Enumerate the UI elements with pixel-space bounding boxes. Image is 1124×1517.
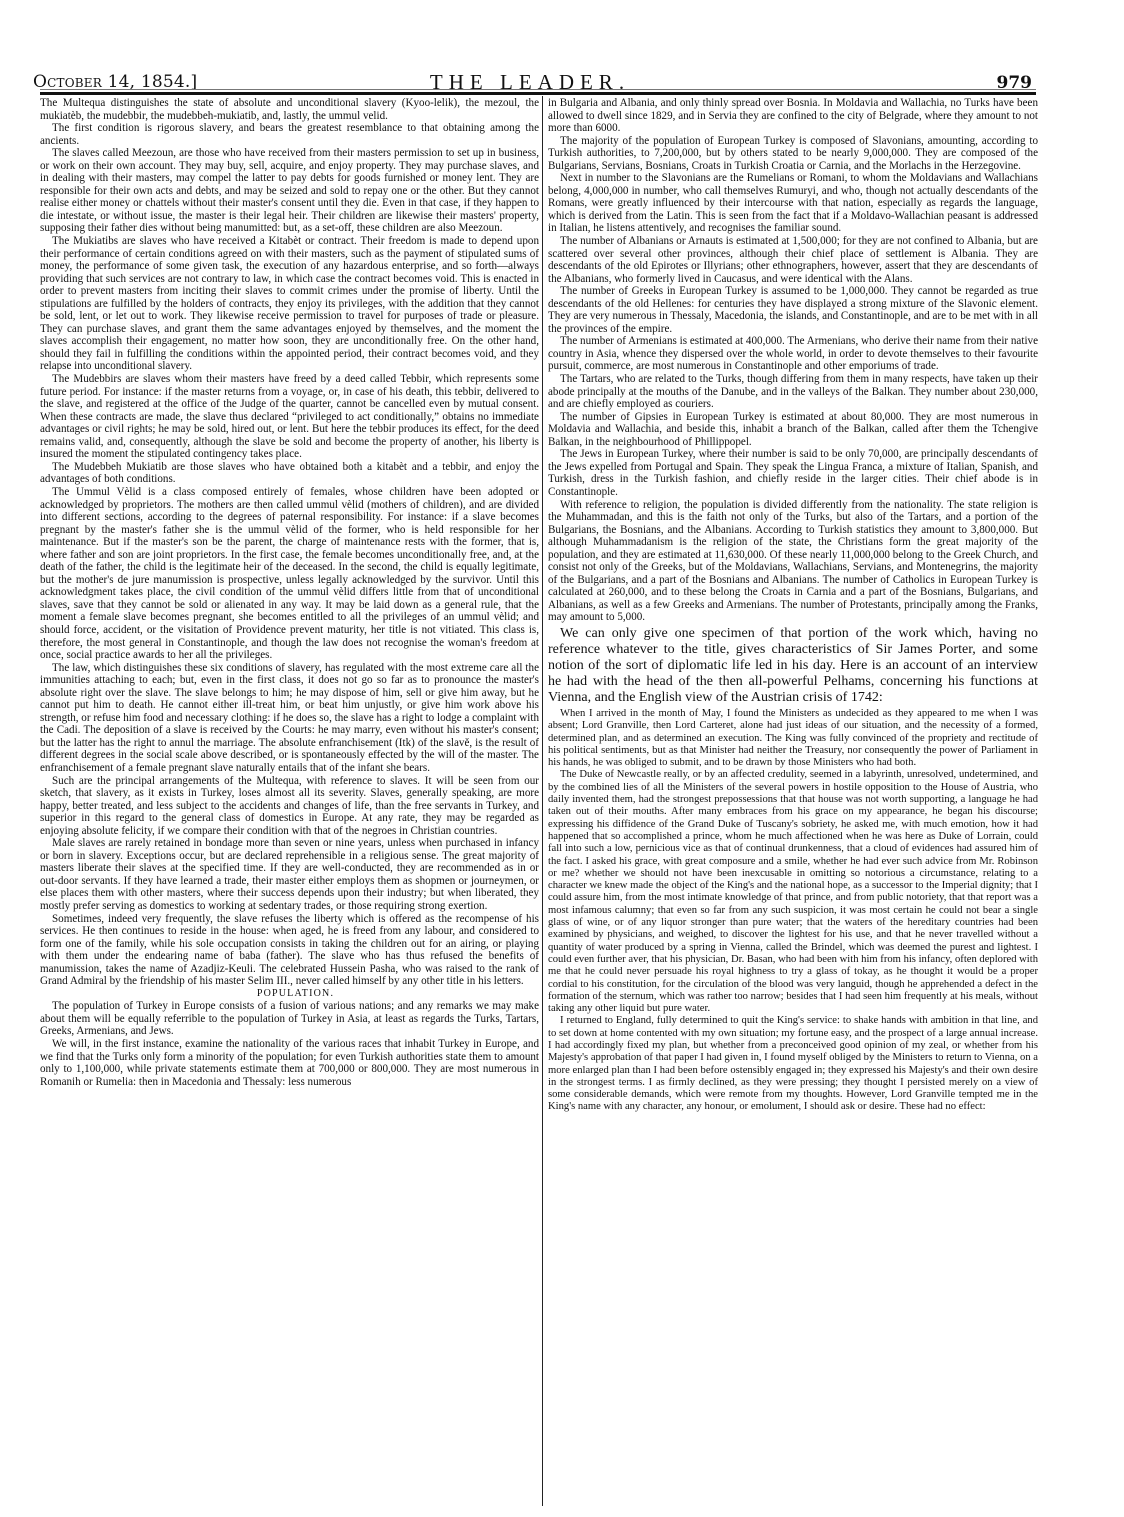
article-paragraph: in Bulgaria and Albania, and only thinly…	[548, 97, 1038, 135]
article-paragraph: The Mudebbirs are slaves whom their mast…	[40, 373, 539, 461]
article-paragraph: The number of Armenians is estimated at …	[548, 335, 1038, 373]
article-paragraph: We will, in the first instance, examine …	[40, 1038, 539, 1088]
article-paragraph: The Tartars, who are related to the Turk…	[548, 373, 1038, 411]
article-paragraph: The Mudebbeh Mukiatib are those slaves w…	[40, 461, 539, 486]
left-column: The Multequa distinguishes the state of …	[40, 97, 539, 1088]
article-paragraph: The Ummul Vèlid is a class composed enti…	[40, 486, 539, 662]
article-paragraph: The majority of the population of Europe…	[548, 135, 1038, 173]
article-paragraph: The first condition is rigorous slavery,…	[40, 122, 539, 147]
article-paragraph: Such are the principal arrangements of t…	[40, 775, 539, 838]
column-divider	[542, 96, 543, 1506]
article-paragraph: With reference to religion, the populati…	[548, 499, 1038, 624]
article-paragraph: Sometimes, indeed very frequently, the s…	[40, 913, 539, 988]
article-paragraph: The Multequa distinguishes the state of …	[40, 97, 539, 122]
header-rule	[40, 92, 1036, 95]
article-paragraph: Next in number to the Slavonians are the…	[548, 172, 1038, 235]
newspaper-page: October 14, 1854.] THE LEADER. 979 The M…	[0, 0, 1124, 1517]
page-number: 979	[997, 73, 1033, 93]
section-heading: POPULATION.	[40, 988, 539, 1001]
article-paragraph: The law, which distinguishes these six c…	[40, 662, 539, 775]
quoted-paragraph: When I arrived in the month of May, I fo…	[548, 708, 1038, 769]
editorial-lead: We can only give one specimen of that po…	[548, 626, 1038, 706]
article-paragraph: The number of Albanians or Arnauts is es…	[548, 235, 1038, 285]
article-paragraph: The Jews in European Turkey, where their…	[548, 448, 1038, 498]
article-paragraph: The number of Gipsies in European Turkey…	[548, 411, 1038, 449]
right-column: in Bulgaria and Albania, and only thinly…	[548, 97, 1038, 1114]
article-paragraph: The slaves called Meezoun, are those who…	[40, 147, 539, 235]
article-paragraph: Male slaves are rarely retained in bonda…	[40, 837, 539, 912]
quoted-paragraph: The Duke of Newcastle really, or by an a…	[548, 769, 1038, 1015]
header-rule-thin	[40, 89, 1036, 90]
article-paragraph: The population of Turkey in Europe consi…	[40, 1000, 539, 1038]
article-paragraph: The Mukiatibs are slaves who have receiv…	[40, 235, 539, 373]
article-paragraph: The number of Greeks in European Turkey …	[548, 285, 1038, 335]
quoted-paragraph: I returned to England, fully determined …	[548, 1015, 1038, 1113]
